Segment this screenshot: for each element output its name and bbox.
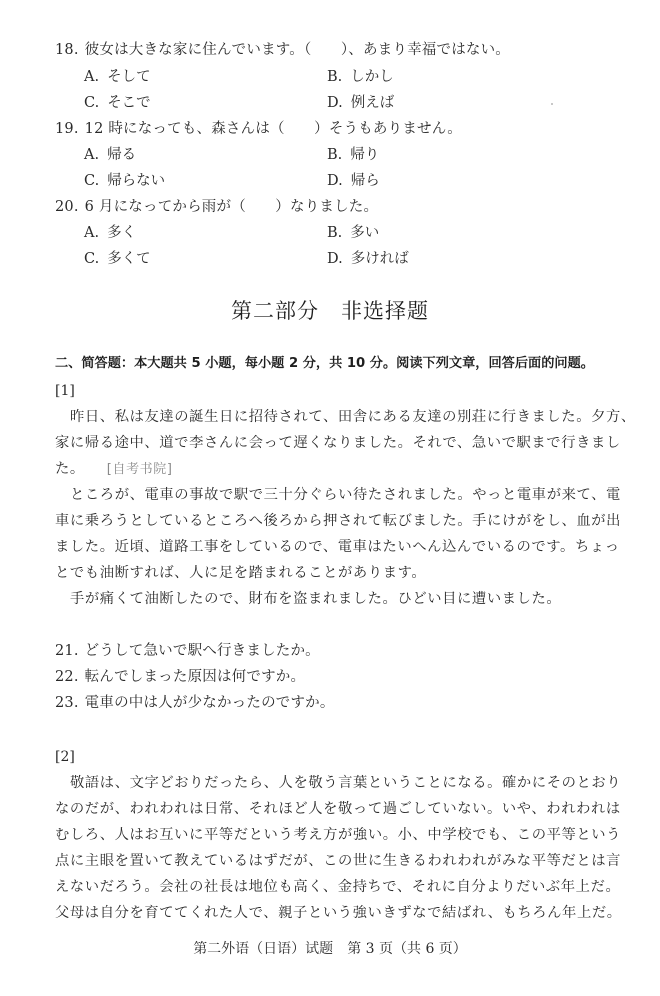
option-b: B.しかし bbox=[327, 67, 394, 87]
question-number: 20. bbox=[55, 197, 79, 217]
option-b: B.帰り bbox=[327, 145, 379, 165]
passage-2-marker: [2] bbox=[55, 747, 75, 767]
question-number: 19. bbox=[55, 119, 79, 139]
question-20: 20.6 月になってから雨が（ ）なりました。 bbox=[55, 197, 378, 217]
passage-1-line: た。[自考书院] bbox=[55, 459, 173, 480]
question-21: 21.どうして急いで駅へ行きましたか。 bbox=[55, 641, 320, 661]
part-title: 第二部分非选择题 bbox=[0, 296, 660, 326]
watermark: [自考书院] bbox=[107, 462, 173, 477]
passage-2-line: なのだが、われわれは日常、それほど人を敬って過ごしていない。いや、われわれは bbox=[55, 799, 621, 819]
passage-1-line: 家に帰る途中、道で李さんに会って遅くなりました。それで、急いで駅まで行きまし bbox=[55, 433, 621, 453]
option-a: A.そして bbox=[84, 67, 151, 87]
passage-1-line: とでも油断すれば、人に足を踏まれることがあります。 bbox=[55, 563, 426, 583]
passage-1-line: 車に乗ろうとしているところへ後ろから押されて転びました。手にけがをし、血が出 bbox=[55, 511, 621, 531]
option-a: A.帰る bbox=[84, 145, 136, 165]
question-number: 18. bbox=[55, 40, 79, 60]
passage-1-line: ところが、電車の事故で駅で三十分ぐらい待たされました。やっと電車が来て、電 bbox=[70, 485, 621, 505]
option-a: A.多く bbox=[84, 223, 136, 243]
exam-page: 18.彼女は大きな家に住んでいます。（ ）、あまり幸福ではない。 A.そして B… bbox=[0, 0, 660, 996]
passage-1-line: 手が痛くて油断したので、財布を盗まれました。ひどい目に遭いました。 bbox=[70, 589, 561, 609]
option-d: D.例えば bbox=[327, 93, 394, 113]
question-text: 6 月になってから雨が（ ）なりました。 bbox=[85, 199, 379, 215]
passage-2-line: 敬語は、文字どおりだったら、人を敬う言葉ということになる。確かにそのとおり bbox=[70, 773, 621, 793]
passage-1-line: ました。近頃、道路工事をしているので、電車はたいへん込んでいるのです。ちょっ bbox=[55, 537, 620, 557]
option-b: B.多い bbox=[327, 223, 379, 243]
option-c: C.そこで bbox=[84, 93, 151, 113]
option-d: D.帰ら bbox=[327, 171, 380, 191]
passage-2-line: むしろ、人はお互いに平等だという考え方が強い。小、中学校でも、この平等という bbox=[55, 825, 621, 845]
question-22: 22.転んでしまった原因は何ですか。 bbox=[55, 667, 305, 687]
footer-page-number: 第 3 页（共 6 页） bbox=[347, 941, 467, 957]
passage-2-line: 父母は自分を育ててくれた人で、親子という強いきずなで結ばれ、もちろん年上だ。 bbox=[55, 903, 622, 923]
passage-2-line: えないだろう。会社の社長は地位も高く、金持ちで、それに自分よりだいぶ年上だ。 bbox=[55, 877, 620, 897]
passage-2-line: 点に主眼を置いて教えているはずだが、この世に生きるわれわれがみな平等だとは言 bbox=[55, 851, 621, 871]
option-d: D.多ければ bbox=[327, 249, 409, 269]
page-footer: 第二外语（日语）试题第 3 页（共 6 页） bbox=[0, 939, 660, 959]
section-heading: 二、简答题：本大题共 5 小题，每小题 2 分，共 10 分。阅读下列文章，回答… bbox=[55, 355, 594, 373]
passage-1-marker: [1] bbox=[55, 381, 75, 401]
question-23: 23.電車の中は人が少なかったのですか。 bbox=[55, 693, 335, 713]
question-text: 彼女は大きな家に住んでいます。（ ）、あまり幸福ではない。 bbox=[85, 42, 510, 58]
option-c: C.帰らない bbox=[84, 171, 165, 191]
question-18: 18.彼女は大きな家に住んでいます。（ ）、あまり幸福ではない。 bbox=[55, 40, 510, 60]
option-c: C.多くて bbox=[84, 249, 151, 269]
scan-speck bbox=[551, 103, 553, 105]
question-19: 19.12 時になっても、森さんは（ ）そうもありません。 bbox=[55, 119, 462, 139]
passage-1-line: 昨日、私は友達の誕生日に招待されて、田舎にある友達の別荘に行きました。夕方、 bbox=[70, 407, 636, 427]
question-text: 12 時になっても、森さんは（ ）そうもありません。 bbox=[85, 121, 462, 137]
footer-subject: 第二外语（日语）试题 bbox=[193, 941, 333, 957]
